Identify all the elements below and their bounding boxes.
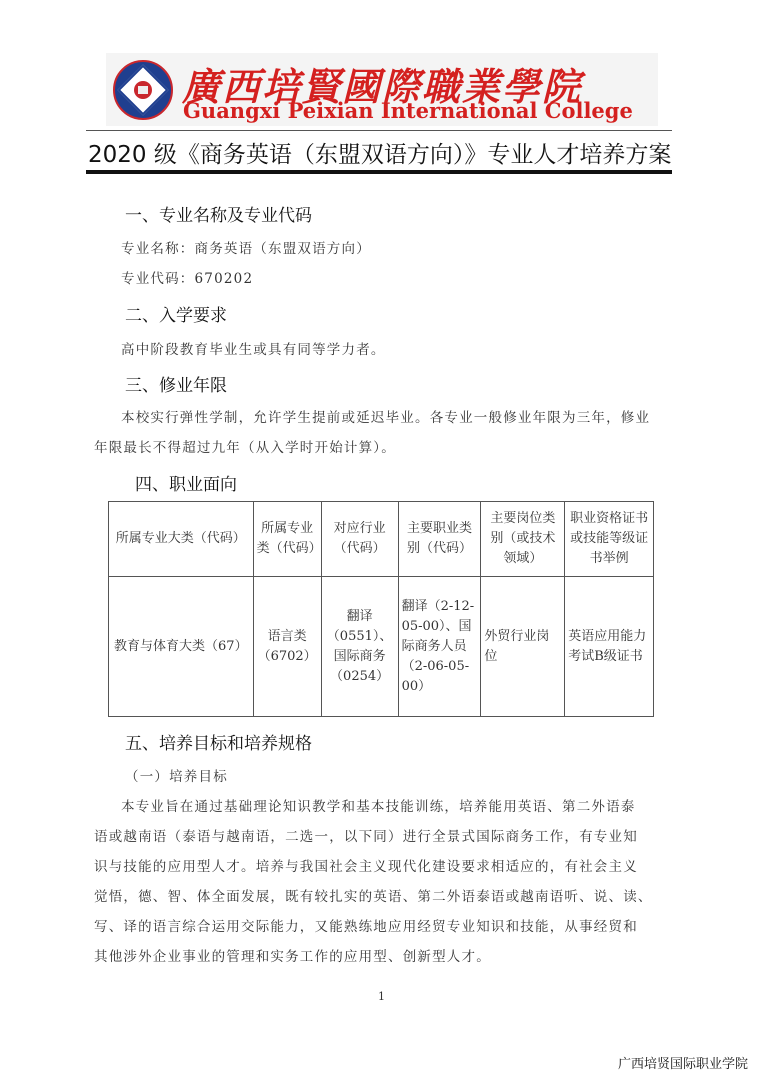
goal-text-line: 本专业旨在通过基础理论知识教学和基本技能训练，培养能用英语、第二外语泰 [121, 795, 636, 815]
duration-text-line1: 本校实行弹性学制，允许学生提前或延迟毕业。各专业一般修业年限为三年，修业 [121, 406, 650, 426]
table-cell: 外贸行业岗位 [481, 577, 565, 717]
table-cell: 语言类（6702） [253, 577, 321, 717]
table-row: 教育与体育大类（67） 语言类（6702） 翻译（0551）、国际商务（0254… [109, 577, 654, 717]
duration-text-line2: 年限最长不得超过九年（从入学时开始计算）。 [94, 436, 396, 456]
section-4-heading: 四、职业面向 [135, 470, 237, 495]
table-cell: 教育与体育大类（67） [109, 577, 254, 717]
career-orientation-table: 所属专业大类（代码） 所属专业类（代码） 对应行业（代码） 主要职业类别（代码）… [108, 501, 654, 717]
table-header: 对应行业（代码） [321, 502, 398, 577]
table-cell: 翻译（0551）、国际商务（0254） [321, 577, 398, 717]
goal-text-line: 识与技能的应用型人才。培养与我国社会主义现代化建设要求相适应的，有社会主义 [94, 855, 638, 875]
table-header: 所属专业类（代码） [253, 502, 321, 577]
header-divider-thick [86, 170, 672, 174]
goal-text-line: 语或越南语（泰语与越南语，二选一，以下同）进行全景式国际商务工作，有专业知 [94, 825, 638, 845]
college-name-en: Guangxi Peixian International College [183, 98, 633, 123]
table-header: 所属专业大类（代码） [109, 502, 254, 577]
table-header: 主要职业类别（代码） [398, 502, 481, 577]
section-5-heading: 五、培养目标和培养规格 [125, 729, 312, 754]
major-code: 专业代码：670202 [121, 267, 253, 287]
section-1-heading: 一、专业名称及专业代码 [125, 201, 312, 226]
footer-college-name: 广西培贤国际职业学院 [618, 1053, 748, 1072]
admission-requirement: 高中阶段教育毕业生或具有同等学力者。 [121, 338, 386, 358]
header-divider-thin [86, 130, 672, 131]
table-cell: 翻译（2-12-05-00）、国际商务人员（2-06-05-00） [398, 577, 481, 717]
table-header: 主要岗位类别（或技术领域） [481, 502, 565, 577]
section-3-heading: 三、修业年限 [125, 371, 227, 396]
document-title: 2020 级《商务英语（东盟双语方向）》专业人才培养方案 [88, 136, 671, 169]
page-number: 1 [378, 990, 385, 1003]
goal-text-line: 其他涉外企业事业的管理和实务工作的应用型、创新型人才。 [94, 945, 491, 965]
goal-text-line: 觉悟，德、智、体全面发展，既有较扎实的英语、第二外语泰语或越南语听、说、读、 [94, 885, 653, 905]
table-cell: 英语应用能力考试B级证书 [565, 577, 654, 717]
goal-text-line: 写、译的语言综合运用交际能力，又能熟练地应用经贸专业知识和技能，从事经贸和 [94, 915, 638, 935]
college-emblem-icon [113, 60, 173, 120]
subsection-training-goal: （一）培养目标 [125, 765, 228, 785]
table-header: 职业资格证书或技能等级证书举例 [565, 502, 654, 577]
table-header-row: 所属专业大类（代码） 所属专业类（代码） 对应行业（代码） 主要职业类别（代码）… [109, 502, 654, 577]
major-name: 专业名称：商务英语（东盟双语方向） [121, 237, 371, 257]
section-2-heading: 二、入学要求 [125, 301, 227, 326]
